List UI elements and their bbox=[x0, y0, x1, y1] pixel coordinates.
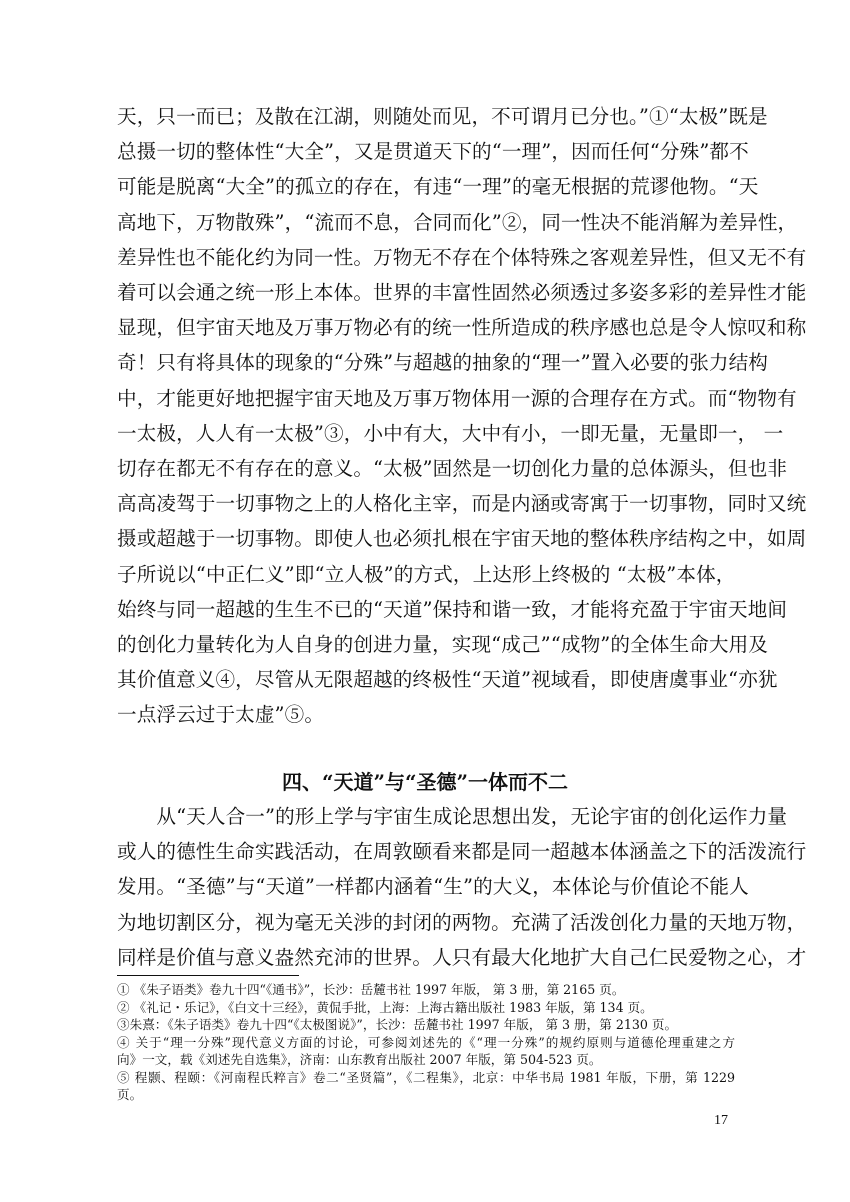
text-line: 天，只一而已；及散在江湖，则随处而见，不可谓月已分也。”①“太极”既是 bbox=[117, 105, 735, 129]
text-line: 或人的德性生命实践活动，在周敦颐看来都是同一超越本体涵盖之下的活泼流行 bbox=[117, 840, 735, 864]
text-line: 差异性也不能化约为同一性。万物无不存在个体特殊之客观差异性，但又无不有 bbox=[117, 246, 735, 270]
text-line: 为地切割区分，视为毫无关涉的封闭的两物。充满了活泼创化力量的天地万物， bbox=[117, 911, 735, 935]
text-line: 奇！只有将具体的现象的“分殊”与超越的抽象的“理一”置入必要的张力结构 bbox=[117, 351, 735, 375]
footnote-line: ① 《朱子语类》卷九十四“《通书》”，长沙：岳麓书社 1997 年版， 第 3 … bbox=[117, 982, 735, 998]
footnote-line: ⑤ 程颢、程颐：《河南程氏粹言》卷二“圣贤篇”，《二程集》，北京：中华书局 19… bbox=[117, 1070, 735, 1086]
section-title: 四、“天道”与“圣德”一体而不二 bbox=[0, 770, 850, 794]
text-line: 同样是价值与意义盎然充沛的世界。人只有最大化地扩大自己仁民爱物之心，才 bbox=[117, 946, 735, 970]
text-line: 一点浮云过于太虚”⑤。 bbox=[117, 703, 735, 727]
text-line: 子所说以“中正仁义”即“立人极”的方式，上达形上终极的 “太极”本体， bbox=[117, 563, 735, 587]
text-line: 着可以会通之统一形上本体。世界的丰富性固然必须透过多姿多彩的差异性才能 bbox=[117, 281, 735, 305]
text-line: 中，才能更好地把握宇宙天地及万事万物体用一源的合理存在方式。而“物物有 bbox=[117, 387, 735, 411]
text-line: 其价值意义④，尽管从无限超越的终极性“天道”视域看，即使唐虞事业“亦犹 bbox=[117, 668, 735, 692]
text-line: 高高凌驾于一切事物之上的人格化主宰，而是内涵或寄寓于一切事物，同时又统 bbox=[117, 492, 735, 516]
text-line: 一太极，人人有一太极”③，小中有大，大中有小，一即无量，无量即一， 一 bbox=[117, 422, 735, 446]
text-line: 始终与同一超越的生生不已的“天道”保持和谐一致，才能将充盈于宇宙天地间 bbox=[117, 598, 735, 622]
page-number: 17 bbox=[714, 1113, 728, 1129]
footnote-line: ④ 关于“理一分殊”现代意义方面的讨论，可参阅刘述先的《“理一分殊”的规约原则与… bbox=[117, 1035, 735, 1051]
footnote-line: ② 《礼记・乐记》，《白文十三经》，黄侃手批，上海：上海古籍出版社 1983 年… bbox=[117, 1000, 735, 1016]
text-line: 发用。“圣德”与“天道”一样都内涵着“生”的大义，本体论与价值论不能人 bbox=[117, 875, 735, 899]
text-line: 显现，但宇宙天地及万事万物必有的统一性所造成的秩序感也总是令人惊叹和称 bbox=[117, 316, 735, 340]
document-page: 天，只一而已；及散在江湖，则随处而见，不可谓月已分也。”①“太极”既是总摄一切的… bbox=[0, 0, 850, 1202]
text-line: 摄或超越于一切事物。即使人也必须扎根在宇宙天地的整体秩序结构之中，如周 bbox=[117, 527, 735, 551]
text-line: 高地下，万物散殊”，“流而不息，合同而化”②，同一性决不能消解为差异性， bbox=[117, 211, 735, 235]
text-line: 可能是脱离“大全”的孤立的存在，有违“一理”的毫无根据的荒谬他物。“天 bbox=[117, 175, 735, 199]
text-line: 的创化力量转化为人自身的创进力量，实现“成己”“成物”的全体生命大用及 bbox=[117, 633, 735, 657]
footnote-line: 页。 bbox=[117, 1087, 735, 1103]
text-line: 从“天人合一”的形上学与宇宙生成论思想出发，无论宇宙的创化运作力量 bbox=[117, 805, 735, 829]
footnote-line: 向》一文，载《刘述先自选集》，济南：山东教育出版社 2007 年版，第 504-… bbox=[117, 1052, 735, 1068]
text-line: 切存在都无不有存在的意义。“太极”固然是一切创化力量的总体源头，但也非 bbox=[117, 457, 735, 481]
footnote-line: ③朱熹：《朱子语类》卷九十四“《太极图说》”，长沙：岳麓书社 1997 年版， … bbox=[117, 1017, 735, 1033]
footnote-separator bbox=[117, 975, 299, 976]
text-line: 总摄一切的整体性“大全”，又是贯道天下的“一理”，因而任何“分殊”都不 bbox=[117, 140, 735, 164]
